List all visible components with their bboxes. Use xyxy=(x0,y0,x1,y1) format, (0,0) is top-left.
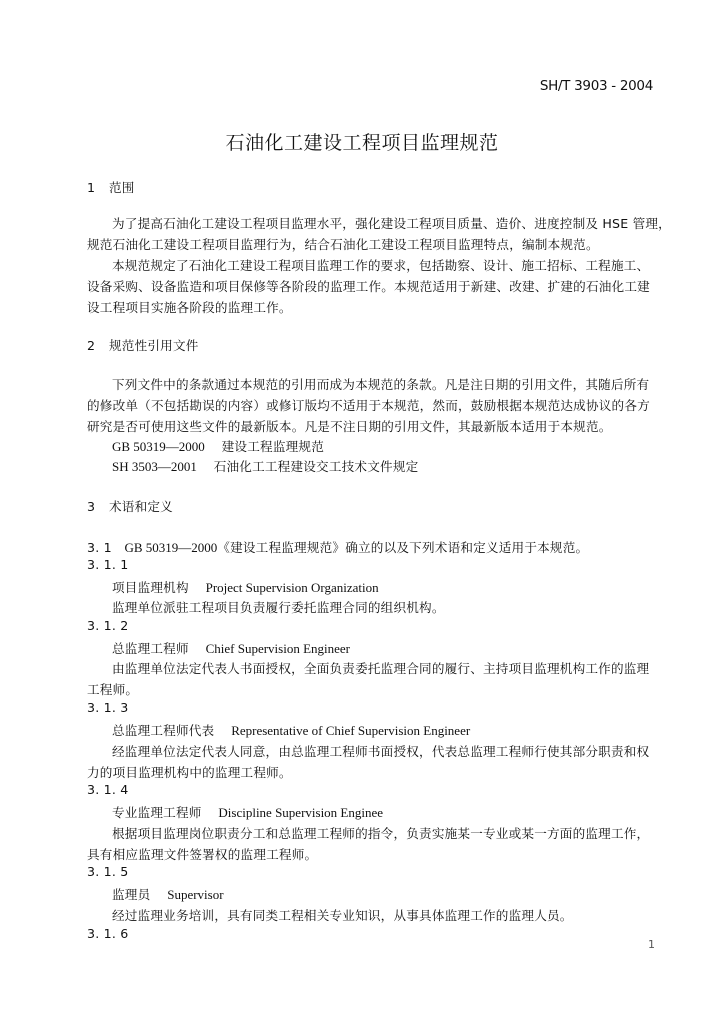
term-definition: 经监理单位法定代表人同意，由总监理工程师书面授权，代表总监理工程师行使其部分职责… xyxy=(112,741,649,760)
term-number: 3. 1. 3 xyxy=(87,700,128,715)
term-definition: 经过监理业务培训，具有同类工程相关专业知识，从事具体监理工作的监理人员。 xyxy=(112,905,573,924)
term-definition: 根据项目监理岗位职责分工和总监理工程师的指令，负责实施某一专业或某一方面的监理工… xyxy=(112,823,649,842)
reference-item: GB 50319—2000 建设工程监理规范 xyxy=(112,436,324,455)
term-definition-cont: 力的项目监理机构中的监理工程师。 xyxy=(87,762,292,781)
term-number: 3. 1. 5 xyxy=(87,864,128,879)
term-definition-cont: 工程师。 xyxy=(87,679,138,698)
term-name: 总监理工程师代表 Representative of Chief Supervi… xyxy=(112,720,470,739)
term-name: 专业监理工程师 Discipline Supervision Enginee xyxy=(112,802,383,821)
term-number: 3. 1. 1 xyxy=(87,557,128,572)
term-number: 3. 1. 4 xyxy=(87,782,128,797)
section-1-heading: 1范围 xyxy=(87,177,135,196)
term-number: 3. 1. 6 xyxy=(87,926,128,941)
page-number: 1 xyxy=(648,938,655,951)
term-definition-cont: 具有相应监理文件签署权的监理工程师。 xyxy=(87,844,317,863)
paragraph: 本规范规定了石油化工建设工程项目监理工作的要求，包括勘察、设计、施工招标、工程施… xyxy=(112,255,649,274)
section-2-heading: 2规范性引用文件 xyxy=(87,335,199,354)
paragraph: 设备采购、设备监造和项目保修等各阶段的监理工作。本规范适用于新建、改建、扩建的石… xyxy=(87,276,650,295)
term-definition: 由监理单位法定代表人书面授权，全面负责委托监理合同的履行、主持项目监理机构工作的… xyxy=(112,658,649,677)
paragraph: 下列文件中的条款通过本规范的引用而成为本规范的条款。凡是注日期的引用文件，其随后… xyxy=(112,374,649,393)
paragraph: 设工程项目实施各阶段的监理工作。 xyxy=(87,297,292,316)
paragraph: 的修改单（不包括勘误的内容）或修订版均不适用于本规范，然而，鼓励根据本规范达成协… xyxy=(87,395,650,414)
reference-item: SH 3503—2001 石油化工工程建设交工技术文件规定 xyxy=(112,456,418,475)
term-name: 监理员 Supervisor xyxy=(112,884,224,903)
term-number: 3. 1. 2 xyxy=(87,618,128,633)
term-name: 总监理工程师 Chief Supervision Engineer xyxy=(112,638,350,657)
term-definition: 监理单位派驻工程项目负责履行委托监理合同的组织机构。 xyxy=(112,597,445,616)
section-3-heading: 3术语和定义 xyxy=(87,496,173,515)
paragraph: 规范石油化工建设工程项目监理行为，结合石油化工建设工程项目监理特点，编制本规范。 xyxy=(87,234,599,253)
paragraph: 研究是否可使用这些文件的最新版本。凡是不注日期的引用文件，其最新版本适用于本规范… xyxy=(87,416,612,435)
paragraph: 为了提高石油化工建设工程项目监理水平，强化建设工程项目质量、造价、进度控制及 H… xyxy=(112,213,671,232)
term-name: 项目监理机构 Project Supervision Organization xyxy=(112,577,379,596)
clause-3-1: 3. 1 GB 50319—2000《建设工程监理规范》确立的以及下列术语和定义… xyxy=(87,537,588,556)
standard-code: SH/T 3903 - 2004 xyxy=(540,78,653,94)
document-title: 石油化工建设工程项目监理规范 xyxy=(0,128,724,155)
